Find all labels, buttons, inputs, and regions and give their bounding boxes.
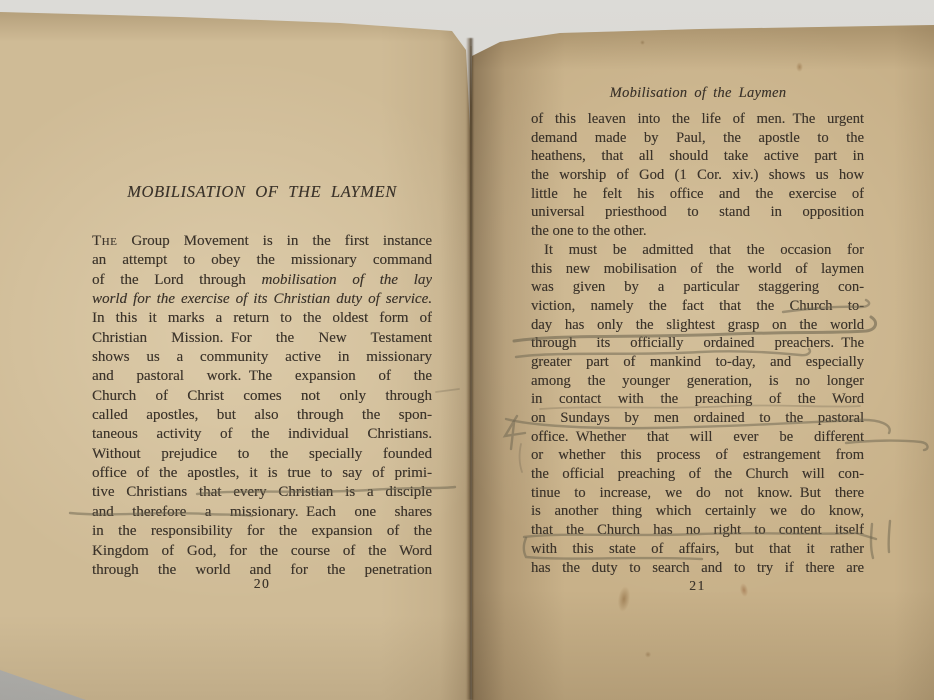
text-line: In this it marks a return to the oldest …: [92, 309, 432, 328]
text-segment: Christian Mission. For the New Testament: [92, 330, 432, 346]
text-line: day has only the slightest grasp on the …: [531, 316, 864, 335]
text-line: called apostles, but also through the sp…: [92, 406, 432, 425]
paper-stain: [796, 62, 803, 72]
book-photo: MOBILISATION OF THE LAYMEN The Group Mov…: [0, 0, 934, 700]
text-line: in the responsibility for the expansion …: [92, 522, 432, 541]
text-line: and therefore a missionary. Each one sha…: [92, 503, 432, 522]
text-line: shows us a community active in missionar…: [92, 348, 432, 367]
text-segment: Kingdom of God, for the course of the Wo…: [92, 543, 432, 559]
text-segment: In this it marks a return to the oldest …: [92, 310, 432, 326]
text-segment: office of the apostles, it is true to sa…: [92, 465, 432, 481]
text-line: this new mobilisation of the world of la…: [531, 260, 864, 279]
left-page-text: The Group Movement is in the first insta…: [92, 232, 432, 580]
text-segment: Without prejudice to the specially found…: [92, 446, 432, 462]
text-segment: on Sundays by men ordained to the pastor…: [531, 410, 864, 426]
text-segment: universal priesthood to stand in opposit…: [531, 204, 864, 220]
text-segment: the official preaching of the Church wil…: [531, 466, 864, 482]
text-segment: shows us a community active in missionar…: [92, 349, 432, 365]
text-line: It must be admitted that the occasion fo…: [531, 241, 864, 260]
text-line: of this leaven into the life of men. The…: [531, 110, 864, 129]
text-segment: of the Lord through: [92, 272, 262, 288]
text-segment: or whether this process of estrangement …: [531, 447, 864, 463]
text-line: Kingdom of God, for the course of the Wo…: [92, 542, 432, 561]
right-page-text: of this leaven into the life of men. The…: [531, 110, 864, 577]
left-page-number: 20: [92, 576, 432, 592]
text-line: on Sundays by men ordained to the pastor…: [531, 409, 864, 428]
book-gutter-crease: [470, 46, 472, 700]
text-segment: greater part of mankind to-day, and espe…: [531, 354, 864, 370]
text-segment: viction, namely the fact that the Church…: [531, 298, 864, 314]
text-segment: of this leaven into the life of men. The…: [531, 111, 864, 127]
text-line: through its officially ordained preacher…: [531, 334, 864, 353]
text-line: viction, namely the fact that the Church…: [531, 297, 864, 316]
text-line: office of the apostles, it is true to sa…: [92, 464, 432, 483]
text-segment: that the Church has no right to content …: [531, 522, 864, 538]
paper-stain: [645, 651, 651, 658]
text-line: was given by a particular staggering con…: [531, 278, 864, 297]
right-page-number: 21: [531, 578, 864, 594]
text-line: tinue to increase, we do not know. But t…: [531, 484, 864, 503]
text-segment: is another thing which certainly we do k…: [531, 503, 864, 519]
text-line: taneous activity of the individual Chris…: [92, 425, 432, 444]
text-segment: this new mobilisation of the world of la…: [531, 261, 864, 277]
text-segment: Church of Christ comes not only through: [92, 388, 432, 404]
text-segment: and therefore a missionary. Each one sha…: [92, 504, 432, 520]
text-line: in contact with the preaching of the Wor…: [531, 390, 864, 409]
text-line: demand made by Paul, the apostle to the: [531, 129, 864, 148]
chapter-title: MOBILISATION OF THE LAYMEN: [80, 182, 444, 202]
text-line: heathens, that all should take active pa…: [531, 147, 864, 166]
text-segment: little he felt his office and the exerci…: [531, 186, 864, 202]
text-segment: taneous activity of the individual Chris…: [92, 426, 432, 442]
text-line: greater part of mankind to-day, and espe…: [531, 353, 864, 372]
text-line: with this state of affairs, but that it …: [531, 540, 864, 559]
text-line: little he felt his office and the exerci…: [531, 185, 864, 204]
text-segment: the one to the other.: [531, 223, 647, 239]
text-segment: demand made by Paul, the apostle to the: [531, 130, 864, 146]
text-segment: tinue to increase, we do not know. But t…: [531, 485, 864, 501]
text-segment: with this state of affairs, but that it …: [531, 541, 864, 557]
text-segment: through its officially ordained preacher…: [531, 335, 864, 351]
text-line: Without prejudice to the specially found…: [92, 445, 432, 464]
text-line: the worship of God (1 Cor. xiv.) shows u…: [531, 166, 864, 185]
text-segment: mobilisation of the lay: [262, 272, 432, 288]
paper-stain: [640, 40, 645, 45]
text-segment: among the younger generation, is no long…: [531, 373, 864, 389]
text-segment: in the responsibility for the expansion …: [92, 523, 432, 539]
text-segment: It must be admitted that the occasion fo…: [544, 242, 864, 258]
text-line: among the younger generation, is no long…: [531, 372, 864, 391]
running-head: Mobilisation of the Laymen: [560, 85, 836, 102]
text-line: and pastoral work. The expansion of the: [92, 367, 432, 386]
text-segment: and pastoral work. The expansion of the: [92, 368, 432, 384]
text-segment: world for the exercise of its Christian …: [92, 291, 432, 307]
text-line: the official preaching of the Church wil…: [531, 465, 864, 484]
text-segment: in contact with the preaching of the Wor…: [531, 391, 864, 407]
text-line: that the Church has no right to content …: [531, 521, 864, 540]
text-line: the one to the other.: [531, 222, 864, 241]
text-segment: the worship of God (1 Cor. xiv.) shows u…: [531, 167, 864, 183]
text-line: an attempt to obey the missionary comman…: [92, 251, 432, 270]
text-segment: an attempt to obey the missionary comman…: [92, 252, 432, 268]
text-line: Church of Christ comes not only through: [92, 387, 432, 406]
text-line: of the Lord through mobilisation of the …: [92, 271, 432, 290]
text-segment: has the duty to search and to try if the…: [531, 560, 864, 576]
text-line: has the duty to search and to try if the…: [531, 559, 864, 578]
text-segment: heathens, that all should take active pa…: [531, 148, 864, 164]
text-segment: day has only the slightest grasp on the …: [531, 317, 864, 333]
text-line: tive Christians that every Christian is …: [92, 483, 432, 502]
text-segment: The: [92, 233, 117, 249]
text-segment: tive Christians that every Christian is …: [92, 484, 432, 500]
text-segment: called apostles, but also through the sp…: [92, 407, 432, 423]
text-line: world for the exercise of its Christian …: [92, 290, 432, 309]
text-line: office. Whether that will ever be differ…: [531, 428, 864, 447]
text-line: Christian Mission. For the New Testament: [92, 329, 432, 348]
text-segment: Group Movement is in the first instance: [117, 233, 432, 249]
text-line: is another thing which certainly we do k…: [531, 502, 864, 521]
text-line: The Group Movement is in the first insta…: [92, 232, 432, 251]
text-segment: was given by a particular staggering con…: [531, 279, 864, 295]
text-line: universal priesthood to stand in opposit…: [531, 203, 864, 222]
text-segment: office. Whether that will ever be differ…: [531, 429, 864, 445]
text-line: or whether this process of estrangement …: [531, 446, 864, 465]
